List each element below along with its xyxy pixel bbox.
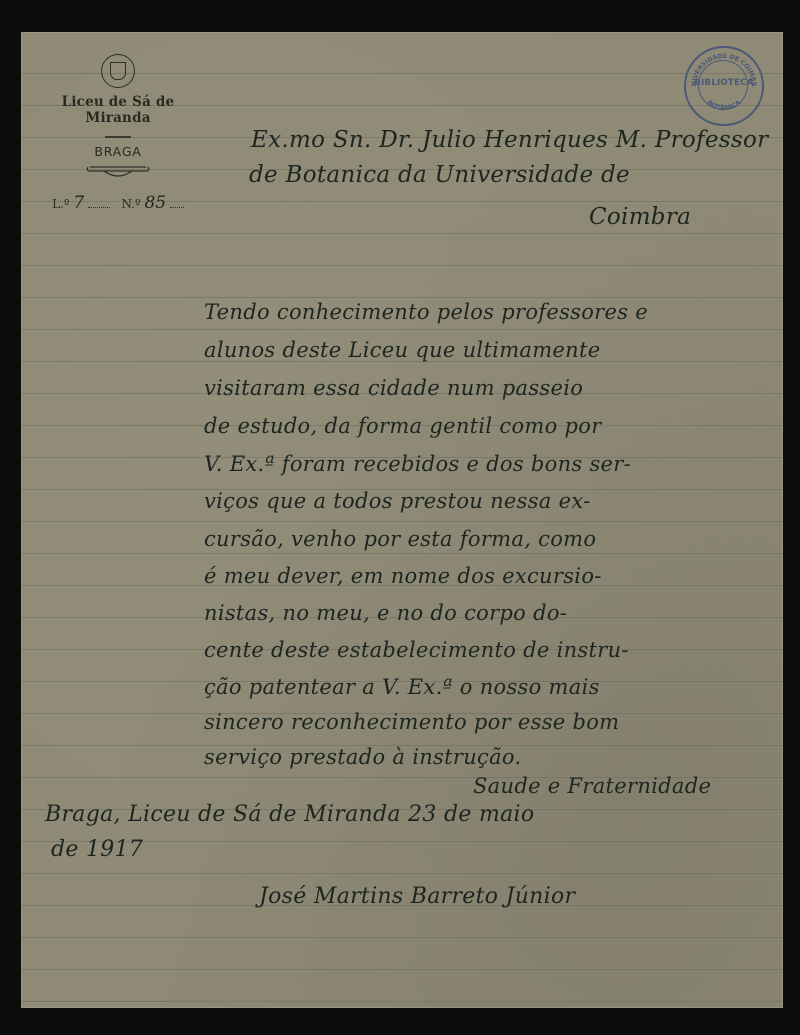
body-line: nistas, no meu, e no do corpo do- (204, 601, 567, 625)
stamp-center-text: BIBLIOTECA (686, 78, 762, 88)
body-line: ção patentear a V. Ex.ª o nosso mais (204, 675, 600, 699)
library-stamp: UNIVERSIDADE DE COIMBRA BOTÂNICA BIBLIOT… (684, 46, 764, 126)
body-line: alunos deste Liceu que ultimamente (204, 338, 600, 362)
book-label: L.º (52, 197, 69, 211)
salutation-line: Ex.mo Sn. Dr. Julio Henriques M. Profess… (251, 127, 768, 153)
body-line: serviço prestado à instrução. (204, 745, 521, 769)
letter-paper: Liceu de Sá de Miranda BRAGA L.º 7 N.º 8… (21, 32, 783, 1008)
divider (105, 136, 131, 138)
body-line: viços que a todos prestou nessa ex- (204, 489, 591, 513)
place-date-line: Braga, Liceu de Sá de Miranda 23 de maio (45, 802, 534, 827)
body-line: sincero reconhecimento por esse bom (204, 710, 619, 734)
book-value: 7 (73, 193, 84, 213)
signature: José Martins Barreto Júnior (259, 884, 575, 909)
body-line: de estudo, da forma gentil como por (204, 414, 602, 438)
coat-of-arms-icon (101, 54, 135, 88)
body-line: V. Ex.ª foram recebidos e dos bons ser- (204, 452, 631, 476)
reference-numbers: L.º 7 N.º 85 (43, 193, 193, 213)
closing: Saude e Fraternidade (473, 774, 711, 798)
body-line: visitaram essa cidade num passeio (204, 376, 583, 400)
city-name: BRAGA (43, 144, 193, 159)
ornament-icon (84, 163, 152, 179)
number-label: N.º (121, 197, 140, 211)
salutation-line: Coimbra (589, 204, 691, 230)
number-value: 85 (144, 193, 166, 213)
salutation-line: de Botanica da Universidade de (249, 162, 630, 188)
letterhead: Liceu de Sá de Miranda BRAGA L.º 7 N.º 8… (43, 54, 193, 213)
place-date-line: de 1917 (51, 837, 143, 862)
body-line: cente deste estabelecimento de instru- (204, 638, 629, 662)
body-line: é meu dever, em nome dos excursio- (204, 564, 602, 588)
body-line: Tendo conhecimento pelos professores e (204, 300, 648, 324)
body-line: cursão, venho por esta forma, como (204, 527, 596, 551)
institution-name: Liceu de Sá de Miranda (43, 94, 193, 126)
